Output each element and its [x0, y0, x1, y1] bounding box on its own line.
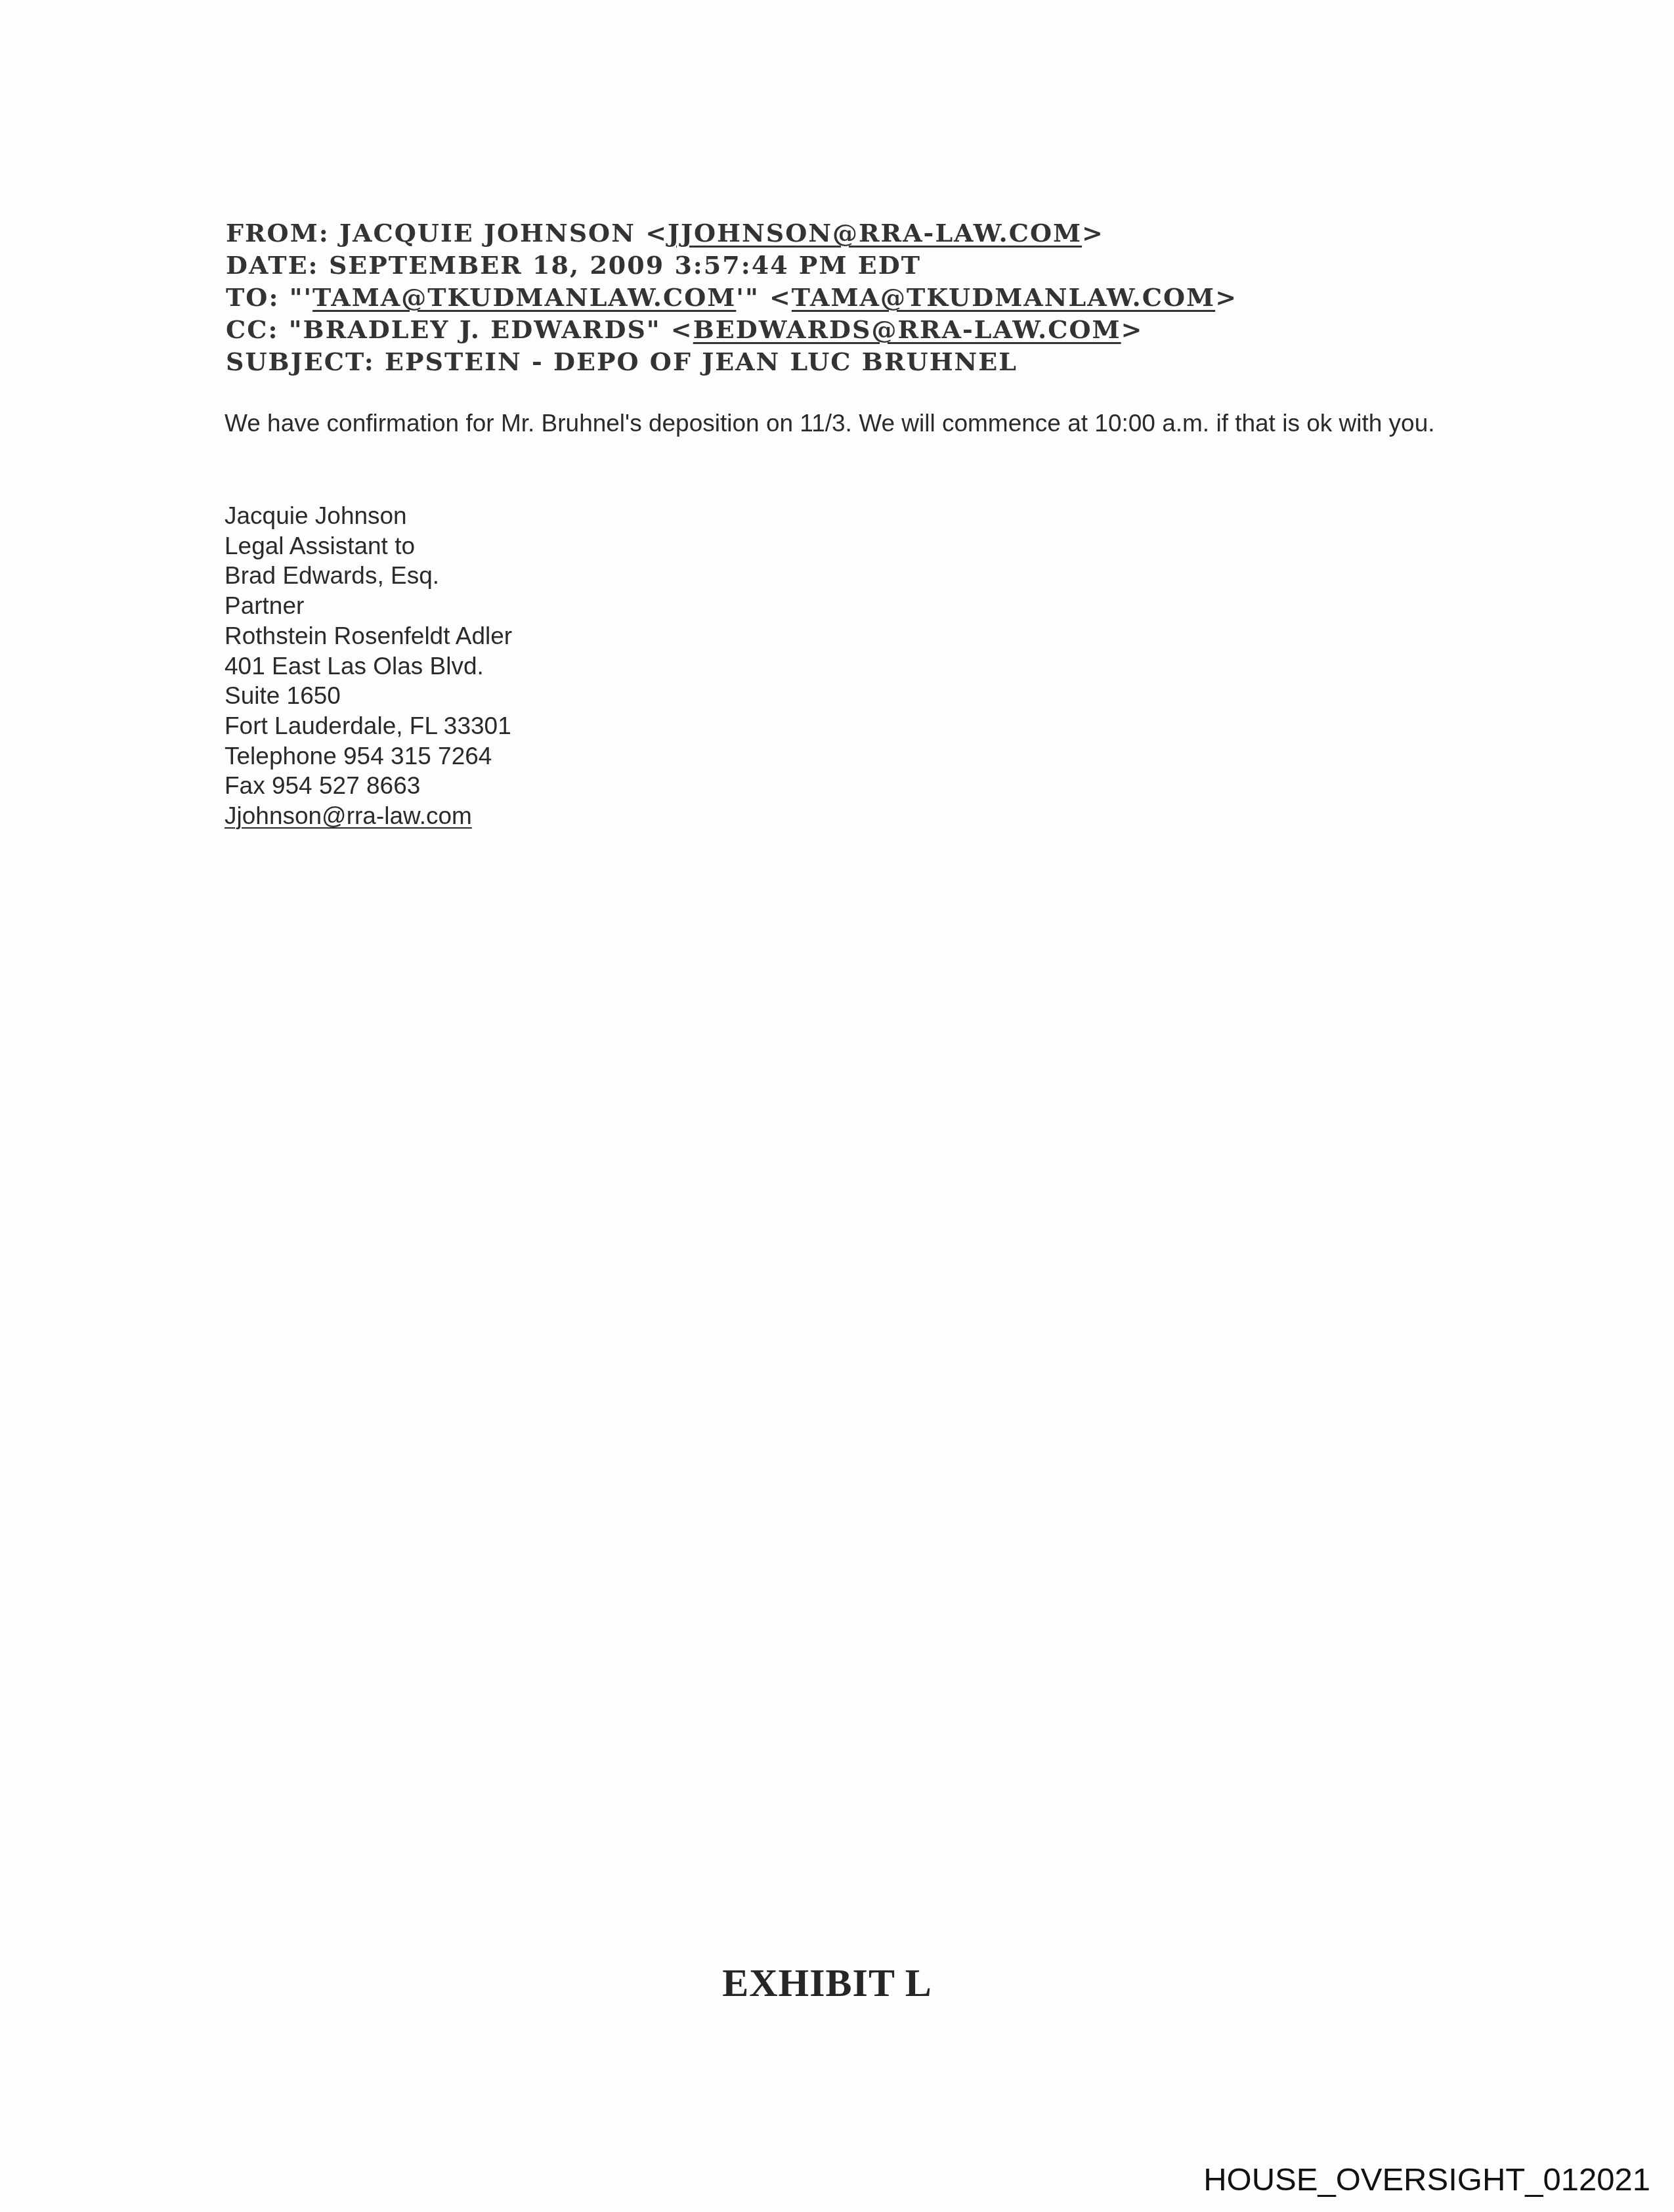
to-address-link[interactable]: TAMA@TKUDMANLAW.COM — [792, 282, 1215, 312]
email-signature: Jacquie Johnson Legal Assistant to Brad … — [225, 501, 512, 831]
email-header: FROM: JACQUIE JOHNSON <JJOHNSON@RRA-LAW.… — [226, 217, 1237, 378]
from-line: FROM: JACQUIE JOHNSON <JJOHNSON@RRA-LAW.… — [226, 217, 1237, 249]
signature-address-suite: Suite 1650 — [225, 681, 512, 711]
signature-fax: Fax 954 527 8663 — [225, 771, 512, 801]
date-label: DATE: — [226, 250, 319, 280]
signature-address-city: Fort Lauderdale, FL 33301 — [225, 711, 512, 741]
signature-attorney-title: Partner — [225, 591, 512, 621]
date-value: SEPTEMBER 18, 2009 3:57:44 PM EDT — [329, 250, 921, 280]
signature-telephone: Telephone 954 315 7264 — [225, 741, 512, 771]
date-line: DATE: SEPTEMBER 18, 2009 3:57:44 PM EDT — [226, 249, 1237, 281]
subject-label: SUBJECT: — [226, 347, 375, 376]
to-display-name-link[interactable]: TAMA@TKUDMANLAW.COM — [312, 282, 736, 312]
from-label: FROM: — [226, 218, 330, 248]
bates-number: HOUSE_OVERSIGHT_012021 — [1203, 2161, 1650, 2198]
exhibit-label: EXHIBIT L — [0, 1961, 1674, 2006]
to-label: TO: — [226, 282, 279, 312]
cc-line: CC: "BRADLEY J. EDWARDS" <BEDWARDS@RRA-L… — [226, 313, 1237, 345]
email-body: We have confirmation for Mr. Bruhnel's d… — [225, 408, 1459, 438]
cc-address-link[interactable]: BEDWARDS@RRA-LAW.COM — [693, 314, 1121, 344]
signature-address-street: 401 East Las Olas Blvd. — [225, 651, 512, 682]
subject-line: SUBJECT: EPSTEIN - DEPO OF JEAN LUC BRUH… — [226, 345, 1237, 378]
subject-value: EPSTEIN - DEPO OF JEAN LUC BRUHNEL — [385, 347, 1018, 376]
cc-label: CC: — [226, 314, 279, 344]
from-address-link[interactable]: JJOHNSON@RRA-LAW.COM — [668, 218, 1082, 248]
from-name: JACQUIE JOHNSON — [339, 218, 635, 248]
cc-display-name: BRADLEY J. EDWARDS — [303, 314, 647, 344]
signature-name: Jacquie Johnson — [225, 501, 512, 531]
signature-attorney: Brad Edwards, Esq. — [225, 561, 512, 591]
signature-email-link[interactable]: Jjohnson@rra-law.com — [225, 802, 472, 829]
to-line: TO: "'TAMA@TKUDMANLAW.COM'" <TAMA@TKUDMA… — [226, 281, 1237, 313]
signature-title: Legal Assistant to — [225, 531, 512, 561]
signature-firm: Rothstein Rosenfeldt Adler — [225, 621, 512, 651]
